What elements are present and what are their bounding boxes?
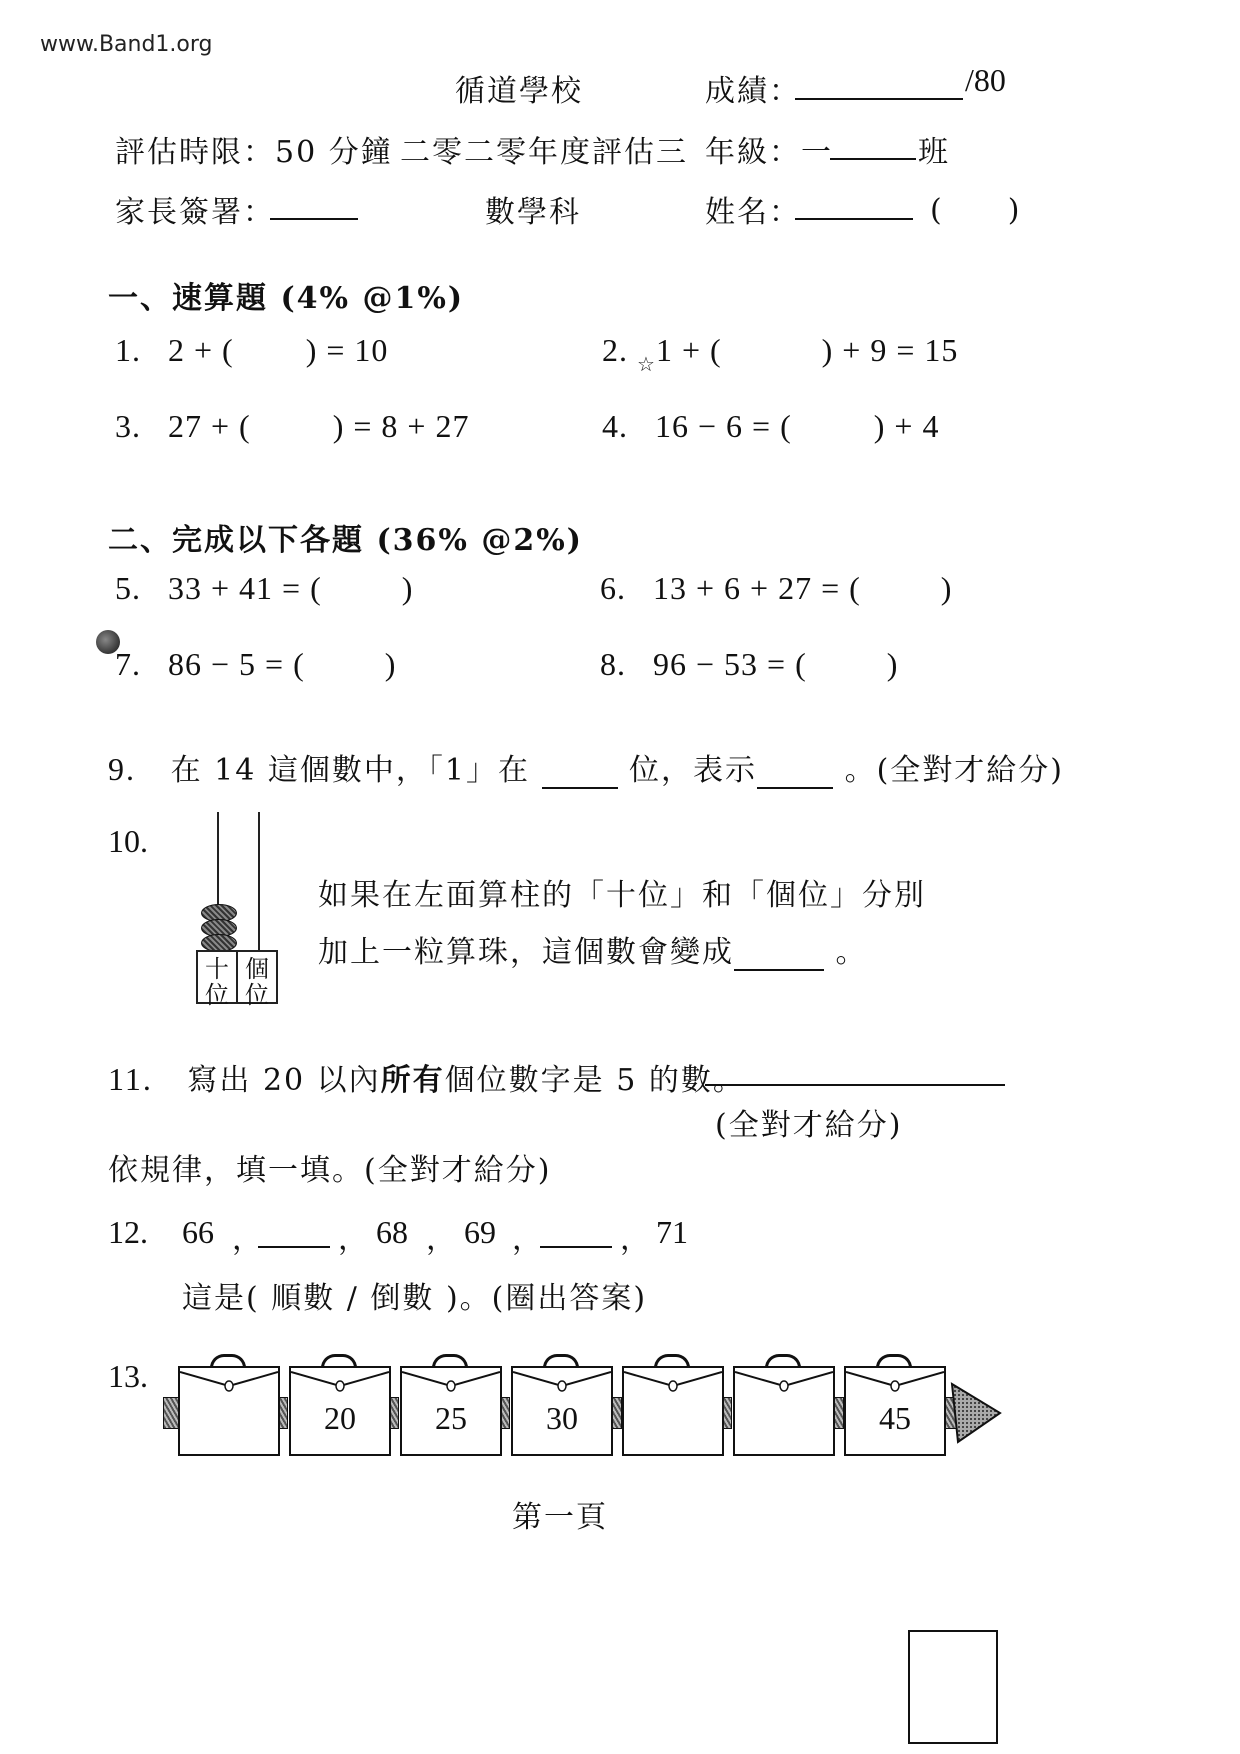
briefcase-2: 20	[289, 1366, 391, 1456]
question-left: 16 − 6 = (	[655, 408, 792, 444]
separator: ，	[426, 1214, 458, 1258]
question-9: 9. 在 14 這個數中，「1」在 位，表示 。(全對才給分)	[108, 745, 1064, 789]
question-left: 96 − 53 = (	[653, 646, 807, 682]
sequence-item: 66	[182, 1214, 214, 1251]
question-2: 2. ☆1 + () + 9 = 15	[602, 332, 958, 369]
question-text: 在 14 這個數中，「1」在	[171, 753, 530, 788]
question-text: 位，表示	[629, 753, 757, 788]
tens-label: 十	[205, 955, 229, 983]
question-right: ) + 9 = 15	[822, 332, 959, 368]
question-right: )	[385, 646, 397, 682]
pattern-intro: 依規律，填一填。(全對才給分)	[108, 1145, 551, 1189]
briefcase-5[interactable]	[622, 1366, 724, 1456]
case-value: 20	[291, 1400, 389, 1437]
q11-note: (全對才給分)	[715, 1100, 902, 1144]
page-score-box[interactable]	[908, 1630, 998, 1744]
question-text: 個位數字是 5 的數。	[445, 1063, 745, 1098]
question-number: 4.	[602, 408, 628, 444]
handle-icon	[765, 1354, 801, 1368]
briefcase-4: 30	[511, 1366, 613, 1456]
q11-answer-field[interactable]	[705, 1058, 1005, 1086]
name-field[interactable]	[795, 190, 913, 220]
question-7: 7. 86 − 5 = ()	[115, 646, 396, 683]
assessment-title: 二零二零年度評估三	[400, 127, 688, 171]
briefcase-3: 25	[400, 1366, 502, 1456]
question-10-number: 10.	[108, 823, 148, 860]
question-right: ) = 10	[306, 332, 389, 368]
handle-icon	[543, 1354, 579, 1368]
flap-icon	[402, 1368, 500, 1398]
sequence-item: 68	[376, 1214, 408, 1251]
case-value: 45	[846, 1400, 944, 1437]
question-number: 8.	[600, 646, 626, 682]
class-suffix: 班	[918, 127, 950, 171]
handle-icon	[432, 1354, 468, 1368]
parent-sign-field[interactable]	[270, 190, 358, 220]
question-8: 8. 96 − 53 = ()	[600, 646, 898, 683]
separator: ，	[620, 1214, 652, 1258]
question-note: 。(全對才給分)	[845, 753, 1064, 788]
question-right: )	[941, 570, 953, 606]
question-right: )	[887, 646, 899, 682]
handle-icon	[210, 1354, 246, 1368]
question-left: 27 + (	[168, 408, 251, 444]
section2-title: 二、完成以下各題 (36% @2%)	[108, 515, 583, 559]
sequence-item: 69	[464, 1214, 496, 1251]
question-left: 1 + (	[656, 332, 722, 368]
question-1: 1. 2 + () = 10	[115, 332, 388, 369]
question-number: 6.	[600, 570, 626, 606]
time-limit: 評估時限：50 分鐘	[115, 127, 393, 171]
briefcase-7: 45	[844, 1366, 946, 1456]
sequence-item: 71	[656, 1214, 688, 1251]
question-6: 6. 13 + 6 + 27 = ()	[600, 570, 952, 607]
flap-icon	[513, 1368, 611, 1398]
handle-icon	[321, 1354, 357, 1368]
flap-icon	[624, 1368, 722, 1398]
place-answer-field[interactable]	[542, 761, 618, 789]
ones-label: 位	[245, 981, 269, 1009]
briefcase-1[interactable]	[178, 1366, 280, 1456]
emphasis-text: 所有	[381, 1063, 445, 1098]
question-number: 2.	[602, 332, 628, 368]
class-number-field[interactable]: ( )	[930, 185, 1021, 229]
class-field[interactable]	[830, 130, 916, 160]
score-field[interactable]	[795, 70, 963, 100]
sequence-blank-2[interactable]	[540, 1218, 612, 1248]
separator: ，	[338, 1214, 370, 1258]
flap-icon	[180, 1368, 278, 1398]
question-right: ) + 4	[874, 408, 940, 444]
question-number: 9.	[108, 751, 136, 787]
question-10-line1: 如果在左面算柱的「十位」和「個位」分別	[318, 870, 926, 914]
question-left: 33 + 41 = (	[168, 570, 322, 606]
score-label: 成績：	[705, 66, 801, 110]
question-13-number: 13.	[108, 1358, 148, 1395]
question-right: )	[402, 570, 414, 606]
case-value: 30	[513, 1400, 611, 1437]
tens-label: 位	[205, 981, 229, 1009]
star-mark-icon: ☆	[637, 354, 656, 376]
grade-label: 年級：一	[705, 127, 833, 171]
arrow-right-icon	[950, 1382, 1002, 1444]
question-left: 86 − 5 = (	[168, 646, 305, 682]
order-choice[interactable]: 這是( 順數 / 倒數 )。(圈出答案)	[182, 1273, 647, 1317]
score-total: /80	[965, 62, 1006, 99]
abacus-answer-field[interactable]	[734, 943, 824, 971]
period: 。	[836, 935, 868, 970]
question-left: 13 + 6 + 27 = (	[653, 570, 861, 606]
question-3: 3. 27 + () = 8 + 27	[115, 408, 469, 445]
handle-icon	[654, 1354, 690, 1368]
sequence-blank-1[interactable]	[258, 1218, 330, 1248]
question-right: ) = 8 + 27	[333, 408, 470, 444]
section1-title: 一、速算題 (4% @1%)	[108, 273, 464, 317]
school-name: 循道學校	[455, 66, 583, 110]
handle-icon	[876, 1354, 912, 1368]
question-left: 2 + (	[168, 332, 234, 368]
question-number: 5.	[115, 570, 141, 606]
question-12-number: 12.	[108, 1214, 148, 1251]
question-5: 5. 33 + 41 = ()	[115, 570, 413, 607]
ones-label-box: 個 位	[236, 950, 278, 1004]
flap-icon	[291, 1368, 389, 1398]
ones-rod	[258, 812, 260, 952]
flap-icon	[735, 1368, 833, 1398]
question-10-line2: 加上一粒算珠，這個數會變成 。	[318, 927, 868, 971]
case-value: 25	[402, 1400, 500, 1437]
tens-label-box: 十 位	[196, 950, 238, 1004]
question-4: 4. 16 − 6 = () + 4	[602, 408, 939, 445]
question-number: 1.	[115, 332, 141, 368]
question-text: 寫出 20 以內	[187, 1063, 380, 1098]
question-number: 11.	[108, 1061, 153, 1097]
connector	[163, 1397, 179, 1429]
parent-sign-label: 家長簽署：	[115, 187, 275, 231]
question-11: 11. 寫出 20 以內所有個位數字是 5 的數。	[108, 1055, 745, 1099]
value-answer-field[interactable]	[757, 761, 833, 789]
question-text: 加上一粒算珠，這個數會變成	[318, 935, 734, 970]
briefcase-6[interactable]	[733, 1366, 835, 1456]
question-number: 3.	[115, 408, 141, 444]
watermark: www.Band1.org	[40, 32, 213, 57]
question-number: 7.	[115, 646, 141, 682]
flap-icon	[846, 1368, 944, 1398]
name-label: 姓名：	[705, 187, 801, 231]
page-number: 第一頁	[512, 1492, 608, 1536]
ones-label: 個	[245, 955, 269, 983]
subject: 數學科	[485, 187, 581, 231]
